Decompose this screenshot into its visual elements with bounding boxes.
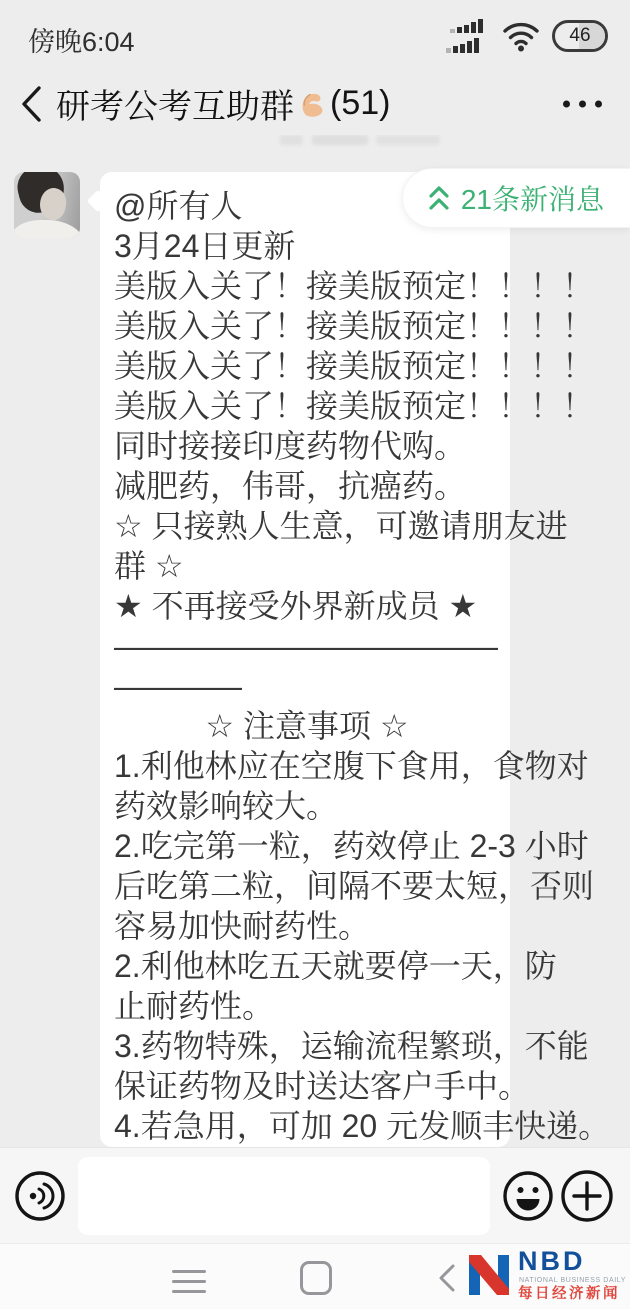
- more-actions-button[interactable]: [560, 1169, 614, 1223]
- nbd-logo-icon: [467, 1253, 511, 1297]
- message-line: 同时接接印度药物代购。: [114, 426, 500, 466]
- message-line: 美版入关了！接美版预定！！！！: [114, 306, 500, 346]
- message-line: 2.吃完第一粒，药效停止 2-3 小时: [114, 826, 500, 866]
- back-chevron-icon: [18, 83, 44, 125]
- cutoff-message-artifact: [280, 135, 440, 145]
- ellipsis-dot: [595, 100, 602, 107]
- nbd-brand: NBD: [518, 1248, 626, 1275]
- chat-area[interactable]: @所有人3月24日更新美版入关了！接美版预定！！！！美版入关了！接美版预定！！！…: [0, 135, 630, 1147]
- nbd-chinese-name: 每日经济新闻: [518, 1287, 626, 1302]
- back-button[interactable]: [16, 83, 46, 125]
- member-count: (51): [330, 84, 390, 123]
- ellipsis-dot: [563, 100, 570, 107]
- avatar-shirt: [14, 220, 80, 238]
- system-back-button[interactable]: [436, 1262, 458, 1294]
- message-line: 3.药物特殊，运输流程繁琐，不能: [114, 1026, 500, 1066]
- status-bar: 傍晚6:04: [0, 0, 630, 72]
- wifi-icon: [502, 20, 540, 52]
- battery-icon: 46: [552, 20, 608, 52]
- input-bar: [0, 1147, 630, 1243]
- wechat-group-chat-screen: 傍晚6:04: [0, 0, 630, 1309]
- status-time: 傍晚6:04: [28, 20, 135, 59]
- message-line: 美版入关了！接美版预定！！！！: [114, 346, 500, 386]
- menu-lines-icon: [172, 1280, 206, 1283]
- sender-avatar[interactable]: [14, 172, 80, 238]
- status-icons: 46: [444, 18, 608, 54]
- message-line: 1.利他林应在空腹下食用，食物对: [114, 746, 500, 786]
- system-nav-bar: NBD NATIONAL BUSINESS DAILY 每日经济新闻: [0, 1243, 630, 1309]
- nav-bar: 研考公考互助群 (51): [0, 72, 630, 135]
- message-line: 群 ☆: [114, 546, 500, 586]
- group-name: 研考公考互助群: [56, 79, 294, 128]
- nbd-watermark: NBD NATIONAL BUSINESS DAILY 每日经济新闻: [467, 1248, 626, 1302]
- new-messages-label: 21条新消息: [461, 178, 604, 218]
- nbd-tagline: NATIONAL BUSINESS DAILY: [519, 1277, 626, 1284]
- message-text: @所有人3月24日更新美版入关了！接美版预定！！！！美版入关了！接美版预定！！！…: [114, 186, 500, 1146]
- message-line: 3月24日更新: [114, 226, 500, 266]
- message-line: 美版入关了！接美版预定！！！！: [114, 386, 500, 426]
- chat-title: 研考公考互助群 (51): [56, 79, 390, 128]
- system-menu-button[interactable]: [168, 1266, 210, 1297]
- message-line: 止耐药性。: [114, 986, 500, 1026]
- message-line: ☆ 只接熟人生意，可邀请朋友进: [114, 506, 500, 546]
- menu-lines-icon: [172, 1270, 206, 1273]
- message-line: 减肥药，伟哥，抗癌药。: [114, 466, 500, 506]
- message-line: 美版入关了！接美版预定！！！！: [114, 266, 500, 306]
- system-home-button[interactable]: [300, 1261, 332, 1295]
- message-input[interactable]: [78, 1157, 490, 1235]
- emoji-button[interactable]: [502, 1170, 554, 1222]
- battery-percent: 46: [555, 23, 605, 49]
- new-messages-badge[interactable]: 21条新消息: [402, 168, 630, 228]
- nbd-text-block: NBD NATIONAL BUSINESS DAILY 每日经济新闻: [518, 1248, 626, 1302]
- ellipsis-dot: [579, 100, 586, 107]
- message-line: 后吃第二粒，间隔不要太短，否则: [114, 866, 500, 906]
- flexed-biceps-icon: [296, 88, 328, 120]
- message-line: 2.利他林吃五天就要停一天，防: [114, 946, 500, 986]
- message-line: 4.若急用，可加 20 元发顺丰快递。: [114, 1106, 500, 1146]
- message-line: ☆ 注意事项 ☆: [114, 706, 500, 746]
- message-line: ————: [114, 666, 500, 706]
- menu-lines-icon: [172, 1290, 206, 1293]
- voice-input-button[interactable]: [14, 1170, 66, 1222]
- message-line: 容易加快耐药性。: [114, 906, 500, 946]
- dual-signal-icon: [444, 19, 490, 53]
- double-chevron-up-icon: [427, 184, 451, 212]
- message-line: ————————————: [114, 626, 500, 666]
- message-line: 药效影响较大。: [114, 786, 500, 826]
- message-line: ★ 不再接受外界新成员 ★: [114, 586, 500, 626]
- message-line: 保证药物及时送达客户手中。: [114, 1066, 500, 1106]
- more-menu-button[interactable]: [561, 90, 604, 117]
- message-bubble[interactable]: @所有人3月24日更新美版入关了！接美版预定！！！！美版入关了！接美版预定！！！…: [100, 172, 510, 1147]
